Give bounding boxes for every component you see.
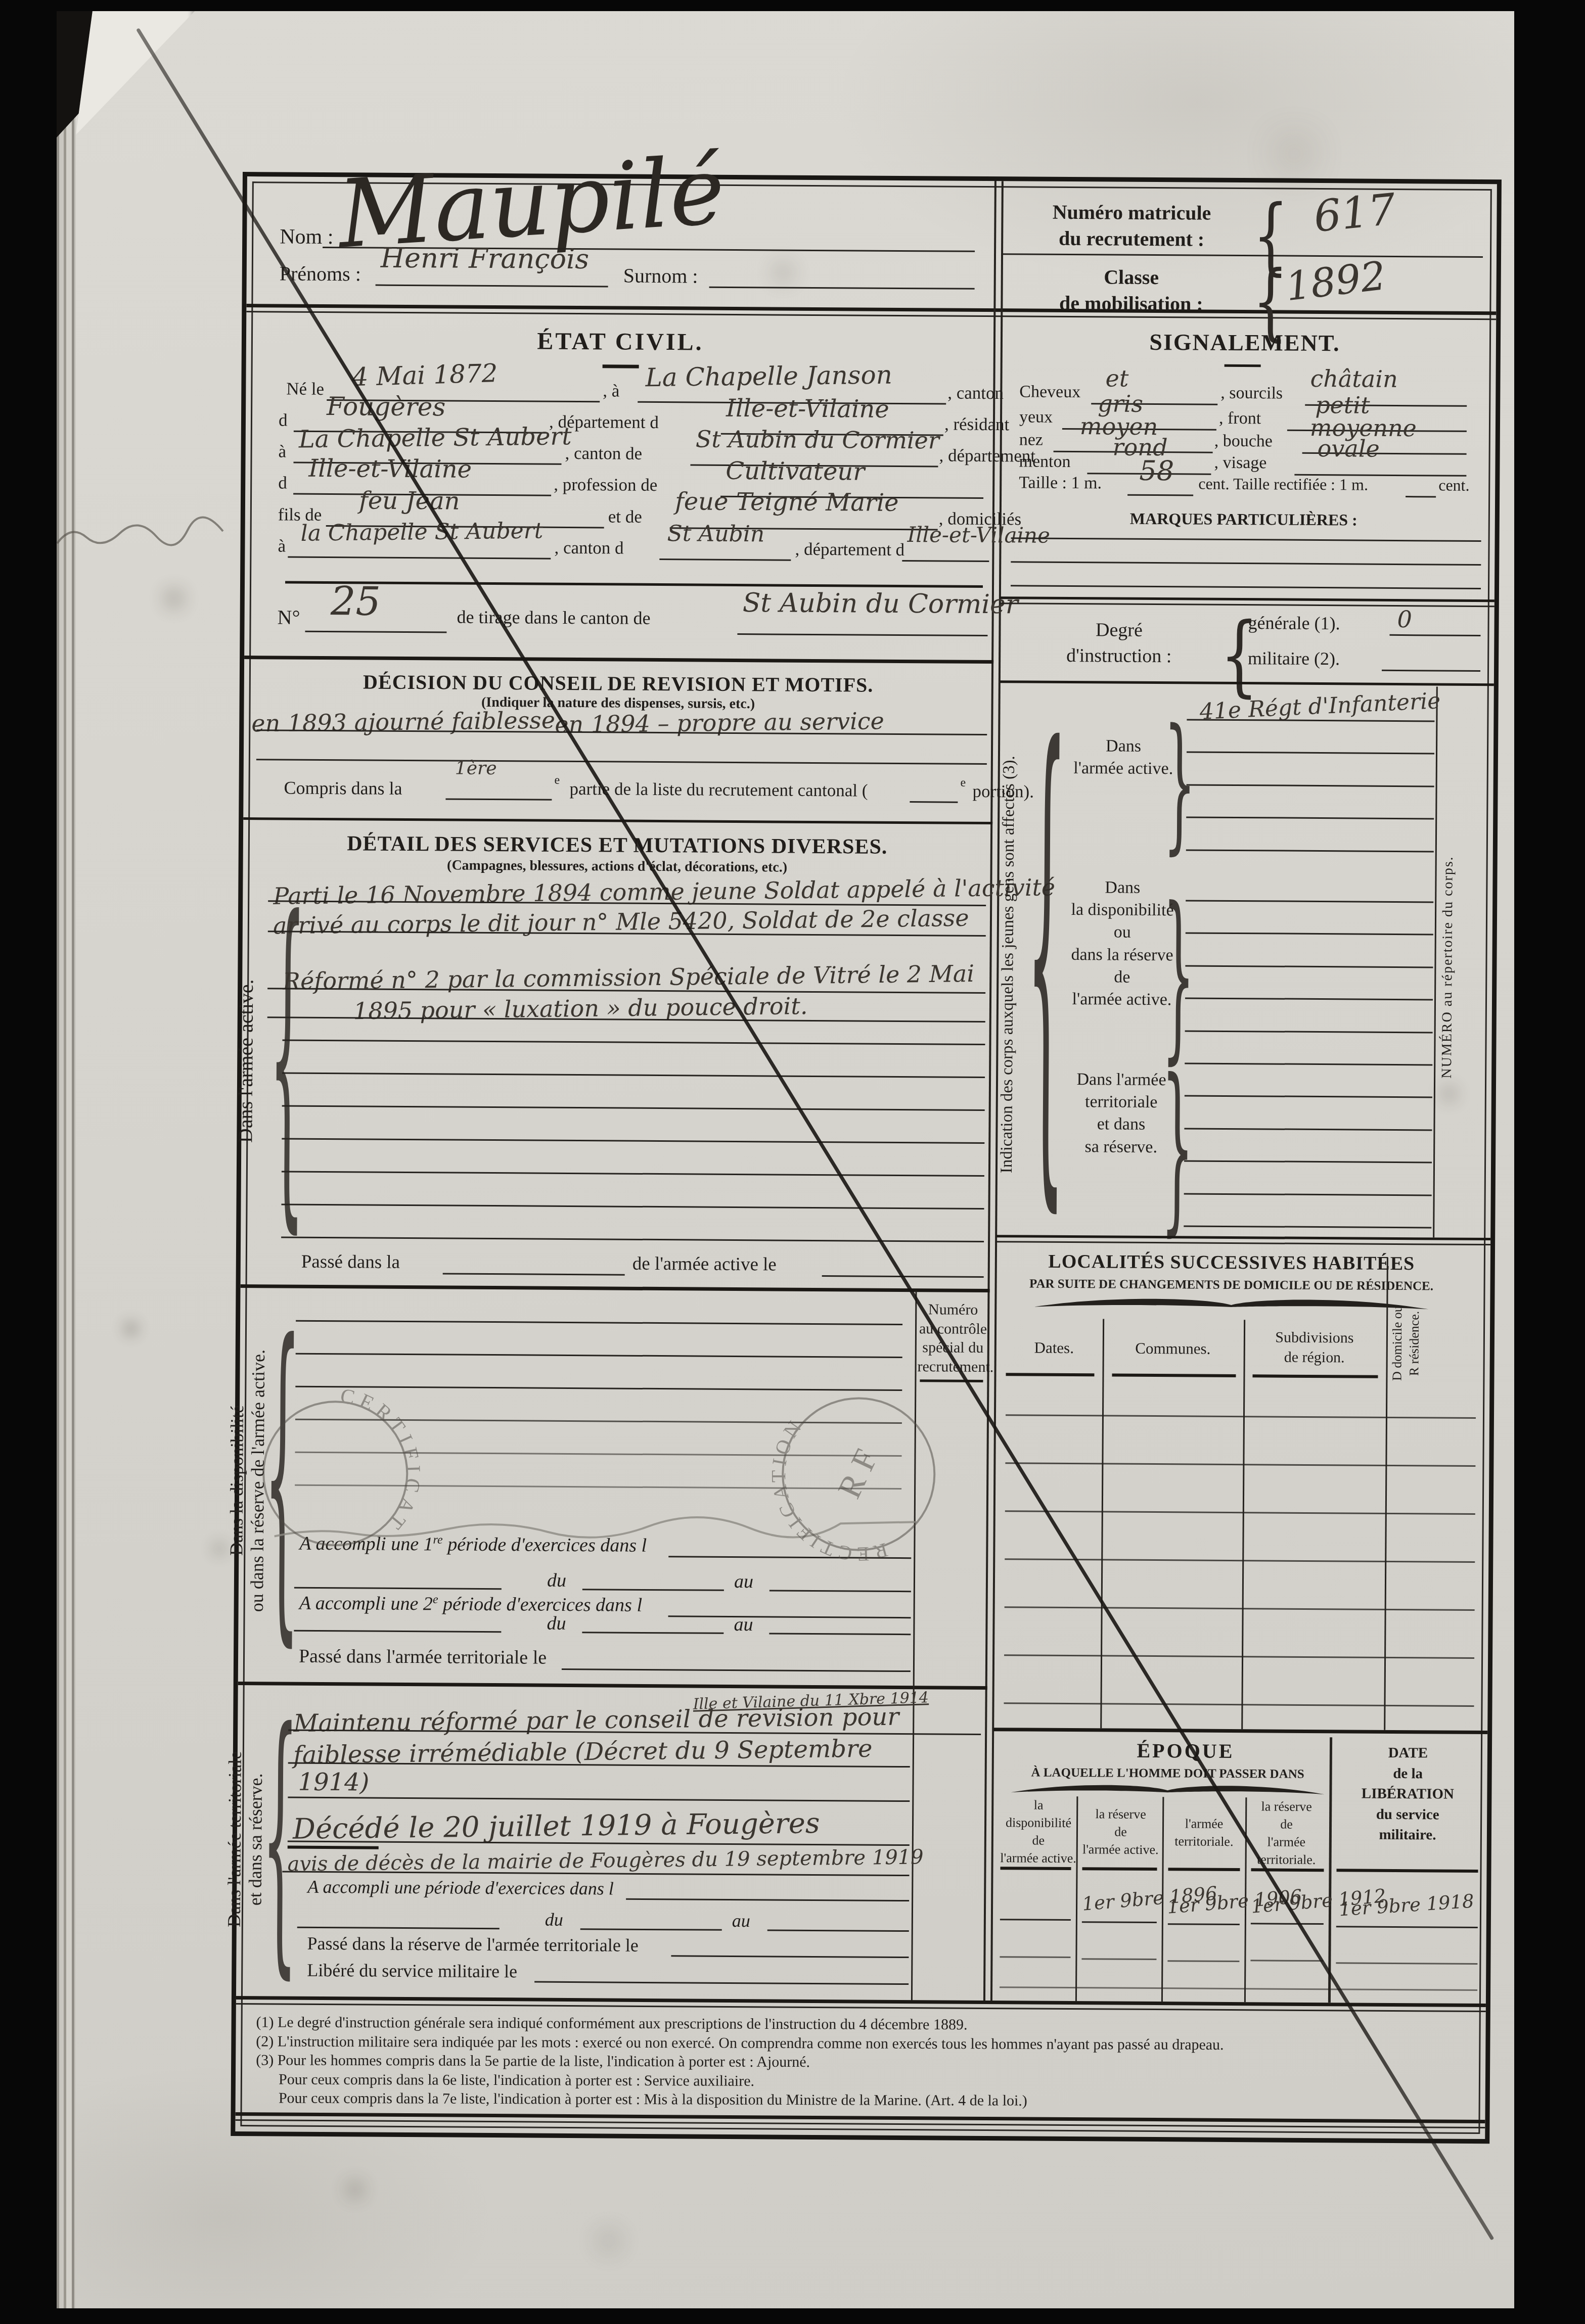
canton-value: Fougères [327, 392, 445, 422]
nom-label: Nom : [280, 224, 333, 249]
domicile-value: la Chapelle St Aubert [300, 518, 543, 546]
marques-title: MARQUES PARTICULIÈRES : [1054, 509, 1433, 530]
certificat-stamp: CERTIFICAT [249, 1387, 422, 1560]
taille-value: 58 [1139, 455, 1174, 487]
corps-active-brace [1163, 710, 1196, 857]
localites-col-dr: D domicile ou R résidence. [1388, 1260, 1424, 1427]
detail-title: DÉTAIL DES SERVICES ET MUTATIONS DIVERSE… [314, 831, 921, 859]
periode3-label: A accompli une période d'exercices dans … [307, 1876, 614, 1899]
degre-generale-value: 0 [1397, 606, 1412, 633]
epoque-subtitle: À LAQUELLE L'HOMME DOIT PASSER DANS [1006, 1765, 1330, 1782]
canton3-label: , canton d [554, 538, 623, 559]
du1-label: du [547, 1569, 566, 1592]
classe-value: 1892 [1283, 253, 1388, 310]
ne-le-label: Né le [286, 379, 324, 399]
localites-col-subdivisions: Subdivisions de région. [1249, 1327, 1380, 1368]
periode2-label-2: période d'exercices dans l [443, 1593, 642, 1615]
du3-label: du [545, 1909, 563, 1930]
periode1-label-2: période d'exercices dans l [447, 1534, 647, 1556]
compris-label-2: partie de la liste du recrutement canton… [569, 779, 868, 801]
margin-annotation-squiggle [53, 516, 245, 561]
numero-controle-header: Numéro au contrôle spécial du recrutemen… [917, 1300, 988, 1376]
d2-label: d [278, 473, 287, 493]
matricule-form: Maupilé Nom : Prénoms : Henri François S… [231, 172, 1502, 2144]
prenoms-value: Henri François [381, 242, 589, 275]
corps-side-label: Indication des corps auxquels les jeunes… [997, 691, 1020, 1237]
taille-label-2: cent. Taille rectifiée : 1 m. [1198, 475, 1368, 494]
yeux-label: yeux [1019, 407, 1053, 427]
pere-value: feu Jean [359, 486, 460, 515]
canton2-label: , canton de [565, 443, 642, 464]
signalement-title: SIGNALEMENT. [1055, 328, 1434, 357]
maintenu-hw-3: 1914) [298, 1768, 369, 1797]
periode1-sup: re [433, 1533, 443, 1547]
certificat-stamp-text: CERTIFICAT [292, 1387, 422, 1539]
epoque-col-2: la réserve de l'armée active. [1079, 1805, 1163, 1858]
tirage-canton-label: de tirage dans le canton de [457, 607, 651, 629]
canton-label: , canton [947, 383, 1004, 404]
epoque-col-3: l'armée territoriale. [1165, 1815, 1243, 1850]
rectification-stamp: RECTIFICATION R F [767, 1382, 950, 1565]
svg-text:CERTIFICAT: CERTIFICAT [292, 1387, 422, 1539]
passe-territoriale-label: Passé dans l'armée territoriale le [299, 1645, 547, 1669]
degre-militaire-label: militaire (2). [1248, 647, 1340, 669]
compris-sup-1: e [555, 774, 560, 787]
sourcils-value: châtain [1310, 365, 1397, 393]
scanned-register-page: Maupilé Nom : Prénoms : Henri François S… [0, 0, 1585, 2324]
localites-swash [1034, 1296, 1428, 1317]
sourcils-label: , sourcils [1220, 384, 1283, 403]
visage-value: ovale [1318, 435, 1380, 462]
nez-label: nez [1019, 430, 1043, 449]
epoque-col-1: la disponibilité de l'armée active. [998, 1796, 1079, 1867]
d-label: d [279, 410, 288, 430]
passe-reserve-terr-label: Passé dans la réserve de l'armée territo… [307, 1933, 638, 1956]
visage-label: , visage [1214, 453, 1266, 473]
residant-label: , résidant [944, 414, 1010, 435]
au3-label: au [732, 1910, 750, 1931]
repertoire-side-label: NUMÉRO au répertoire du corps. [1438, 790, 1457, 1144]
corps-terr-brace [1161, 1056, 1194, 1238]
taille-label-1: Taille : 1 m. [1019, 473, 1102, 493]
passe-active-label-1: Passé dans la [301, 1251, 400, 1273]
canton3-value: St Aubin [667, 521, 764, 547]
departement4-value: Ille-et-Vilaine [907, 522, 1050, 548]
classe-label: Classe de mobilisation : [1020, 263, 1243, 317]
du2-label: du [547, 1612, 566, 1635]
matricule-label: Numéro matricule du recrutement : [1020, 199, 1243, 253]
birth-place-value: La Chapelle Janson [645, 360, 892, 393]
footnote-5: Pour ceux compris dans la 7e liste, l'in… [256, 2088, 1469, 2112]
tirage-canton-value: St Aubin du Cormier [743, 588, 1018, 620]
numero-tirage-label: N° [277, 605, 300, 629]
residence-value: La Chapelle St Aubert [298, 422, 571, 453]
surnom-label: Surnom : [623, 264, 698, 288]
profession-label: , profession de [554, 475, 657, 495]
compris-sup-2: e [961, 776, 966, 790]
decision-title: DÉCISION DU CONSEIL DE REVISION ET MOTIF… [315, 670, 922, 697]
periode2-label: A accompli une 2 [299, 1593, 433, 1615]
a3-label: à [278, 536, 286, 556]
departement3-value: Ille-et-Vilaine [308, 454, 472, 484]
mere-value: feue Teigné Marie [675, 487, 899, 517]
compris-label-1: Compris dans la [284, 777, 402, 799]
localites-title: LOCALITÉS SUCCESSIVES HABITÉES [1029, 1250, 1434, 1275]
periode2-sup: e [433, 1593, 438, 1606]
matricule-value: 617 [1311, 184, 1398, 242]
localites-col-dates: Dates. [1009, 1338, 1100, 1357]
bouche-label: , bouche [1214, 432, 1273, 451]
foxing-spots [0, 0, 4, 4]
localites-subtitle: PAR SUITE DE CHANGEMENTS DE DOMICILE OU … [1029, 1277, 1434, 1294]
compris-value: 1ère [455, 758, 497, 779]
front-label: , front [1219, 409, 1261, 429]
numero-tirage-value: 25 [331, 579, 381, 625]
detail-subtitle: (Campagnes, blessures, actions d'éclat, … [314, 857, 921, 876]
departement-value: Ille-et-Vilaine [726, 394, 889, 424]
profession-value: Cultivateur [726, 457, 865, 486]
a-label: , à [603, 381, 619, 401]
menton-label: menton [1019, 452, 1070, 472]
canton2-value: St Aubin du Cormier [696, 425, 939, 454]
decede-hw: Décédé le 20 juillet 1919 à Fougères [293, 1807, 820, 1846]
degre-generale-label: générale (1). [1248, 612, 1340, 634]
cheveux-value: et [1105, 364, 1128, 392]
rectification-stamp-center: R F [831, 1444, 885, 1504]
departement4-label: , département d [795, 539, 904, 560]
footnotes: (1) Le degré d'instruction générale sera… [256, 2013, 1470, 2112]
epoque-date-header: DATE de la LIBÉRATION du service militai… [1334, 1742, 1481, 1846]
birth-date-value: 4 Mai 1872 [352, 358, 498, 392]
au1-label: au [734, 1570, 753, 1593]
armee-active-side-label: Dans l'armée active. [233, 884, 258, 1238]
et-de-label: et de [608, 506, 642, 527]
libere-label: Libéré du service militaire le [307, 1960, 517, 1982]
territoriale-side-label: Dans l'armée territoriale et dans sa rés… [223, 1698, 267, 1981]
corps-dispo-brace [1162, 885, 1195, 1066]
au2-label: au [734, 1613, 753, 1636]
etat-civil-title: ÉTAT CIVIL. [459, 327, 782, 357]
localites-col-communes: Communes. [1107, 1339, 1239, 1358]
cheveux-label: Cheveux [1019, 382, 1080, 402]
passe-active-label-2: de l'armée active le [632, 1253, 777, 1276]
a2-label: à [278, 441, 286, 461]
taille-label-3: cent. [1438, 476, 1470, 494]
